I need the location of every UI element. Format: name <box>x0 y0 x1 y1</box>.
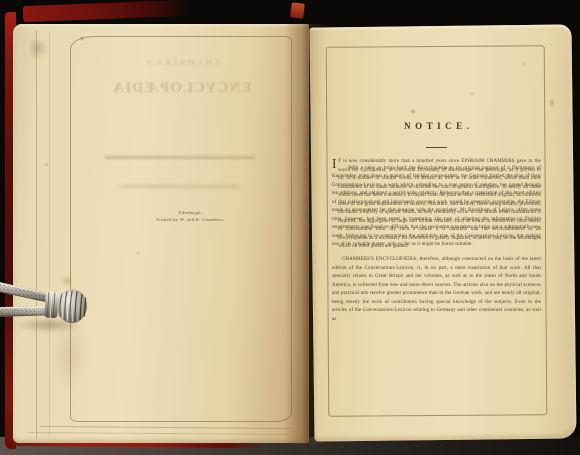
foxing-spot <box>410 109 416 114</box>
spine-headband <box>290 2 305 18</box>
notice-paragraph-3: CHAMBERS'S ENCYCLOPÆDIA, therefore, alth… <box>332 256 541 324</box>
foxing-spot <box>136 251 140 255</box>
open-book-photo: CHAMBERS'S ENCYCLOPÆDIA Edinburgh: Print… <box>0 0 580 455</box>
foxing-spot <box>521 62 526 66</box>
foxing-spot <box>44 162 49 167</box>
imprint-line2: Printed by W. and R. Chambers. <box>118 216 263 223</box>
foxing-spot <box>470 92 474 96</box>
notice-body-text: IT is now considerably more than a hundr… <box>332 158 541 416</box>
foxing-spot <box>549 98 555 108</box>
notice-heading: NOTICE. <box>327 121 546 131</box>
paragraph-1-text: T is now considerably more than a hundre… <box>338 158 541 252</box>
heading-rule <box>426 147 447 148</box>
red-cover-top-edge <box>23 0 188 22</box>
title-showthrough: CHAMBERS'S ENCYCLOPÆDIA <box>88 58 276 97</box>
showthrough-line1: CHAMBERS'S <box>88 58 276 67</box>
page-edge-line <box>36 30 37 439</box>
pencil-mark <box>30 40 48 60</box>
imprint-line1: Edinburgh: <box>118 209 263 216</box>
showthrough-smudge <box>105 156 255 159</box>
page-edge-line <box>49 32 50 438</box>
showthrough-smudge <box>120 185 240 188</box>
printer-imprint: Edinburgh: Printed by W. and R. Chambers… <box>118 209 263 223</box>
silver-page-holder-icon <box>0 276 94 336</box>
showthrough-line2: ENCYCLOPÆDIA <box>88 80 276 97</box>
foxing-spot <box>79 36 85 41</box>
